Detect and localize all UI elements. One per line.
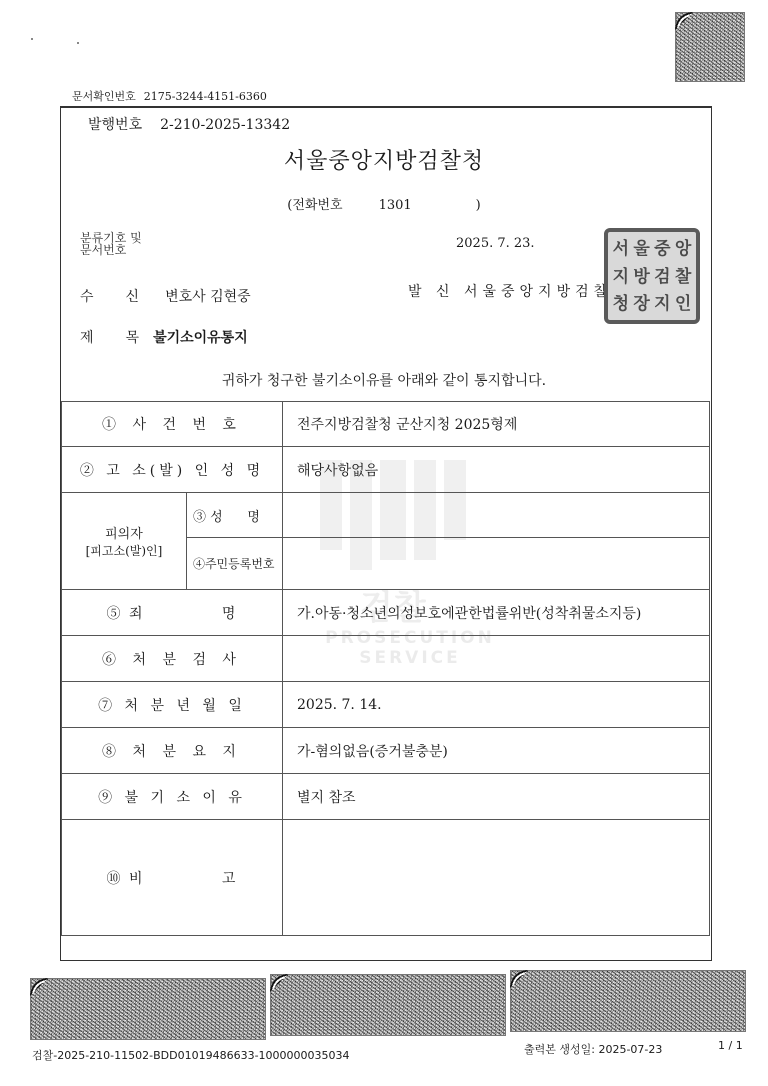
subject-line: 제목불기소이유통지 xyxy=(80,327,248,347)
case-number-label: ① 사 건 번 호 xyxy=(62,402,283,447)
barcode-corner-mark-icon xyxy=(510,970,528,988)
subject-value: 불기소이유통지 xyxy=(153,330,248,346)
issue-number: 발행번호2-210-2025-13342 xyxy=(88,114,290,134)
suspect-name-value xyxy=(283,493,710,538)
seal-char: 검 xyxy=(653,263,673,290)
remarks-value xyxy=(283,820,710,936)
disposition-summary-label: ⑧ 처 분 요 지 xyxy=(62,728,283,774)
seal-char: 인 xyxy=(673,290,693,317)
scan-speck xyxy=(77,42,79,44)
table-row: ⑤ 죄 명 가.아동·청소년의성보호에관한법률위반(성착취물소지등) xyxy=(62,590,710,636)
subject-label-1: 제 xyxy=(80,330,94,346)
footer-page-number: 1 / 1 xyxy=(718,1039,743,1052)
complainant-value: 해당사항없음 xyxy=(283,447,710,493)
non-prosecution-reason-label: ⑨ 불 기 소 이 유 xyxy=(62,774,283,820)
recipient-label-1: 수 xyxy=(80,289,94,305)
seal-char: 장 xyxy=(632,290,652,317)
disposition-summary-value: 가-혐의없음(증거불충분) xyxy=(283,728,710,774)
remarks-label: ⑩ 비 고 xyxy=(62,820,283,936)
suspect-rrn-value xyxy=(283,538,710,590)
table-row: ⑨ 불 기 소 이 유 별지 참조 xyxy=(62,774,710,820)
prosecutor-label: ⑥ 처 분 검 사 xyxy=(62,636,283,682)
tel-value: 1301 xyxy=(379,198,412,213)
seal-char: 지 xyxy=(653,290,673,317)
barcode-corner-mark-icon xyxy=(30,978,48,996)
official-seal-icon: 서 울 중 앙 지 방 검 찰 청 장 지 인 xyxy=(604,228,700,324)
recipient-line: 수신변호사 김현중 xyxy=(80,286,251,306)
charge-value: 가.아동·청소년의성보호에관한법률위반(성착취물소지등) xyxy=(283,590,710,636)
seal-char: 방 xyxy=(632,263,652,290)
seal-char: 울 xyxy=(632,235,652,262)
subject-label-2: 목 xyxy=(126,330,140,346)
suspect-label-line2: [피고소(발)인] xyxy=(74,542,174,559)
footer-2d-barcode-2 xyxy=(270,974,506,1036)
non-prosecution-reason-value: 별지 참조 xyxy=(283,774,710,820)
recipient-label-2: 신 xyxy=(126,289,140,305)
sender-label: 발 신 xyxy=(408,284,455,300)
seal-char: 앙 xyxy=(673,235,693,262)
document-id-value: 2175-3244-4151-6360 xyxy=(144,90,267,103)
seal-char: 중 xyxy=(653,235,673,262)
document-confirmation-number: 문서확인번호2175-3244-4151-6360 xyxy=(72,88,267,104)
table-row: 피의자 [피고소(발)인] ③ 성 명 xyxy=(62,493,710,538)
classification-line2: 문서번호 xyxy=(80,244,142,256)
complainant-label: ② 고 소(발) 인 성 명 xyxy=(62,447,283,493)
telephone-line: (전화번호1301) xyxy=(0,194,768,213)
barcode-corner-mark-icon xyxy=(270,974,288,992)
seal-char: 서 xyxy=(611,235,631,262)
recipient-value: 변호사 김현중 xyxy=(165,289,251,305)
table-row: ② 고 소(발) 인 성 명 해당사항없음 xyxy=(62,447,710,493)
disposition-date-label: ⑦ 처 분 년 월 일 xyxy=(62,682,283,728)
footer-2d-barcode-1 xyxy=(30,978,266,1040)
notice-table: ① 사 건 번 호 전주지방검찰청 군산지청 2025형제 ② 고 소(발) 인… xyxy=(61,401,710,936)
seal-char: 찰 xyxy=(673,263,693,290)
suspect-rrn-label: ④주민등록번호 xyxy=(186,538,282,590)
classification-label: 분류기호 및 문서번호 xyxy=(80,232,142,256)
table-row: ① 사 건 번 호 전주지방검찰청 군산지청 2025형제 xyxy=(62,402,710,447)
document-date: 2025. 7. 23. xyxy=(456,236,535,251)
notice-sentence: 귀하가 청구한 불기소이유를 아래와 같이 통지합니다. xyxy=(0,370,768,390)
scan-speck xyxy=(31,38,33,40)
table-row: ⑧ 처 분 요 지 가-혐의없음(증거불충분) xyxy=(62,728,710,774)
tel-close: ) xyxy=(476,198,481,213)
suspect-label: 피의자 [피고소(발)인] xyxy=(62,493,187,590)
tel-label: (전화번호 xyxy=(287,198,342,213)
footer-document-code: 검찰-2025-210-11502-BDD01019486633-1000000… xyxy=(32,1047,350,1063)
prosecutor-value xyxy=(283,636,710,682)
footer-2d-barcode-3 xyxy=(510,970,746,1032)
charge-label: ⑤ 죄 명 xyxy=(62,590,283,636)
barcode-corner-mark-icon xyxy=(675,12,693,30)
footer-generated-date: 출력본 생성일: 2025-07-23 xyxy=(524,1041,662,1057)
case-number-value: 전주지방검찰청 군산지청 2025형제 xyxy=(283,402,710,447)
table-row: ⑦ 처 분 년 월 일 2025. 7. 14. xyxy=(62,682,710,728)
seal-char: 지 xyxy=(611,263,631,290)
document-id-label: 문서확인번호 xyxy=(72,90,136,103)
top-2d-barcode xyxy=(675,12,745,82)
disposition-date-value: 2025. 7. 14. xyxy=(283,682,710,728)
suspect-label-line1: 피의자 xyxy=(74,523,174,542)
table-row: ⑩ 비 고 xyxy=(62,820,710,936)
issue-number-label: 발행번호 xyxy=(88,117,142,133)
issue-number-value: 2-210-2025-13342 xyxy=(160,117,290,133)
table-row: ⑥ 처 분 검 사 xyxy=(62,636,710,682)
office-title: 서울중앙지방검찰청 xyxy=(0,144,768,175)
seal-char: 청 xyxy=(611,290,631,317)
suspect-name-label: ③ 성 명 xyxy=(186,493,282,538)
